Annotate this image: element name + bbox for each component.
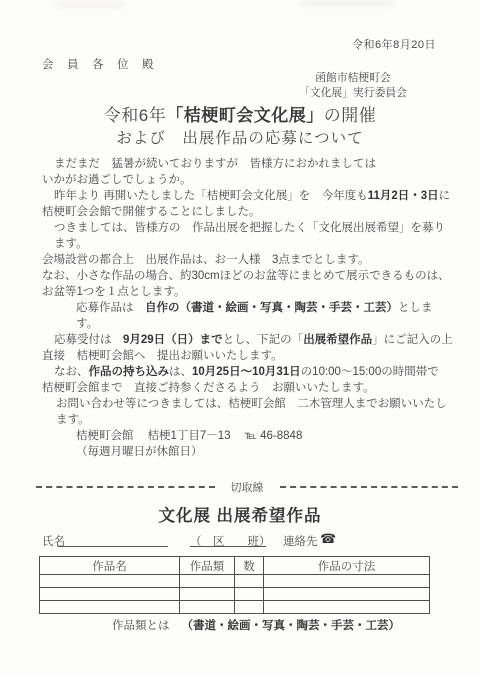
table-row [40, 601, 430, 614]
announce-tail: に [439, 190, 451, 202]
blank-cell [180, 575, 235, 588]
notice-title-line2: および 出展作品の応募について [0, 126, 480, 148]
issue-date: 令和6年8月20日 [352, 36, 436, 52]
blank-cell [180, 601, 235, 614]
venue-closed-day: （毎週月曜日が休館日） [76, 446, 203, 458]
notice-title-line1: 令和6年「桔梗町会文化展」の開催 [0, 101, 480, 126]
greeting-line2: いかがお過ごしでしょうか。 [42, 172, 454, 188]
sender-block: 函館市桔梗町会 「文化展」実行委員会 [286, 71, 420, 101]
column-header-work-type: 作品類 [180, 557, 235, 575]
delivery-hours: の10:00～15:00の時間帯で [301, 366, 439, 378]
blank-cell [40, 601, 180, 614]
cut-line-dashes-right [280, 486, 459, 488]
deadline-date: 9月29日（日）まで [123, 334, 223, 346]
delivery-term: 作品の持ち込み [89, 366, 170, 378]
telephone-icon: ☎ [320, 531, 336, 547]
table-row [40, 575, 430, 588]
contact-field-label: 連絡先 [283, 533, 318, 549]
cut-line: 切取線 [36, 480, 458, 494]
recipient-line: 会 員 各 位 殿 [42, 56, 155, 72]
note-label: 作品類とは [112, 620, 170, 632]
delivery-mid: は、 [169, 366, 192, 378]
deadline-tail: 」にご記入の上 [372, 334, 453, 346]
delivery-line1: なお、作品の持ち込みは、10月25日～10月31日の10:00～15:00の時間… [42, 364, 454, 380]
deadline-mid: とし、下記の「 [223, 334, 304, 346]
application-intro-line: つきましては、皆様方の 作品出展を把握したく「文化展出展希望」を募ります。 [42, 220, 454, 252]
column-header-work-name: 作品名 [40, 557, 180, 575]
delivery-dates: 10月25日～10月31日 [192, 366, 301, 378]
blank-cell [264, 601, 430, 614]
name-field-blank [58, 533, 168, 547]
eligible-prefix: 応募作品は [76, 302, 145, 314]
announce-text: 昨年より 再開いたしました「桔梗町会文化展」を 今年度も [54, 190, 368, 202]
blank-cell [40, 575, 180, 588]
form-title: 文化展 出展希望作品 [0, 502, 480, 526]
limit-rule-line: 会場設営の都合上 出展作品は、お一人様 3点までとします。 [42, 252, 454, 268]
blank-cell [235, 575, 264, 588]
column-header-dimensions: 作品の寸法 [264, 557, 430, 575]
blank-cell [264, 575, 430, 588]
scan-artifact [55, 3, 125, 7]
blank-cell [40, 588, 180, 601]
title-prefix: 令和6年 [104, 106, 166, 125]
district-group-field: （ 区 班） [190, 533, 266, 547]
blank-cell [180, 588, 235, 601]
blank-cell [264, 588, 430, 601]
sender-organization: 函館市桔梗町会 [286, 71, 420, 86]
deadline-prefix: 応募受付は [54, 334, 123, 346]
venue-tel: ℡ 46-8848 [245, 430, 303, 442]
delivery-prefix: なお、 [54, 366, 89, 378]
greeting-line1: まだまだ 猛暑が続いておりますが 皆様方におかれましては [42, 156, 454, 172]
event-announce-line1: 昨年より 再開いたしました「桔梗町会文化展」を 今年度も11月2日・3日に [42, 188, 454, 204]
delivery-line2: 桔梗町会館まで 直接ご持参くださるよう お願いいたします。 [42, 380, 454, 396]
form-name-ref: 出展希望作品 [303, 334, 372, 346]
eligible-works-line: 応募作品は 自作の（書道・絵画・写真・陶芸・手芸・工芸）とします。 [42, 300, 454, 332]
small-works-line2: お盆等1つを１点とします。 [42, 284, 454, 300]
note-categories: （書道・絵画・写真・陶芸・手芸・工芸） [182, 620, 401, 632]
sender-committee: 「文化展」実行委員会 [286, 86, 420, 101]
cut-line-label: 切取線 [215, 479, 280, 495]
venue-info-line: 桔梗町会館桔梗1丁目7－13℡ 46-8848（毎週月曜日が休館日） [42, 428, 454, 460]
venue-name: 桔梗町会館 [76, 430, 134, 442]
table-row [40, 588, 430, 601]
event-announce-line2: 桔梗町会会館で開催することにしました。 [42, 204, 454, 220]
venue-address: 桔梗1丁目7－13 [148, 430, 231, 442]
blank-cell [235, 601, 264, 614]
title-suffix: の開催 [324, 106, 377, 125]
column-header-quantity: 数 [235, 557, 264, 575]
deadline-line1: 応募受付は 9月29日（日）までとし、下記の「出展希望作品」にご記入の上 [42, 332, 454, 348]
small-works-line1: なお、小さな作品の場合、約30cmほどのお盆等にまとめて展示できるものは、 [42, 268, 454, 284]
scan-artifact [300, 1, 395, 6]
form-fields-row: 氏名 （ 区 班） 連絡先 ☎ [42, 533, 460, 549]
inquiry-line: お問い合わせ等につきましては、桔梗町会館 二木管理人までお願いいたします。 [42, 396, 454, 428]
work-type-note: 作品類とは（書道・絵画・写真・陶芸・手芸・工芸） [112, 617, 400, 633]
event-dates: 11月2日・3日 [368, 190, 439, 202]
title-event-name: 「桔梗町会文化展」 [166, 106, 324, 125]
blank-cell [235, 588, 264, 601]
deadline-line2: 直接 桔梗町会館へ 提出お願いいたします。 [42, 348, 454, 364]
notice-body: まだまだ 猛暑が続いておりますが 皆様方におかれましては いかがお過ごしでしょう… [42, 156, 454, 460]
works-entry-table: 作品名 作品類 数 作品の寸法 [39, 556, 430, 614]
eligible-categories: 自作の（書道・絵画・写真・陶芸・手芸・工芸） [145, 302, 398, 314]
cut-line-dashes-left [36, 486, 215, 488]
scanned-notice-page: 令和6年8月20日 会 員 各 位 殿 函館市桔梗町会 「文化展」実行委員会 令… [0, 0, 480, 677]
table-header-row: 作品名 作品類 数 作品の寸法 [40, 557, 430, 575]
